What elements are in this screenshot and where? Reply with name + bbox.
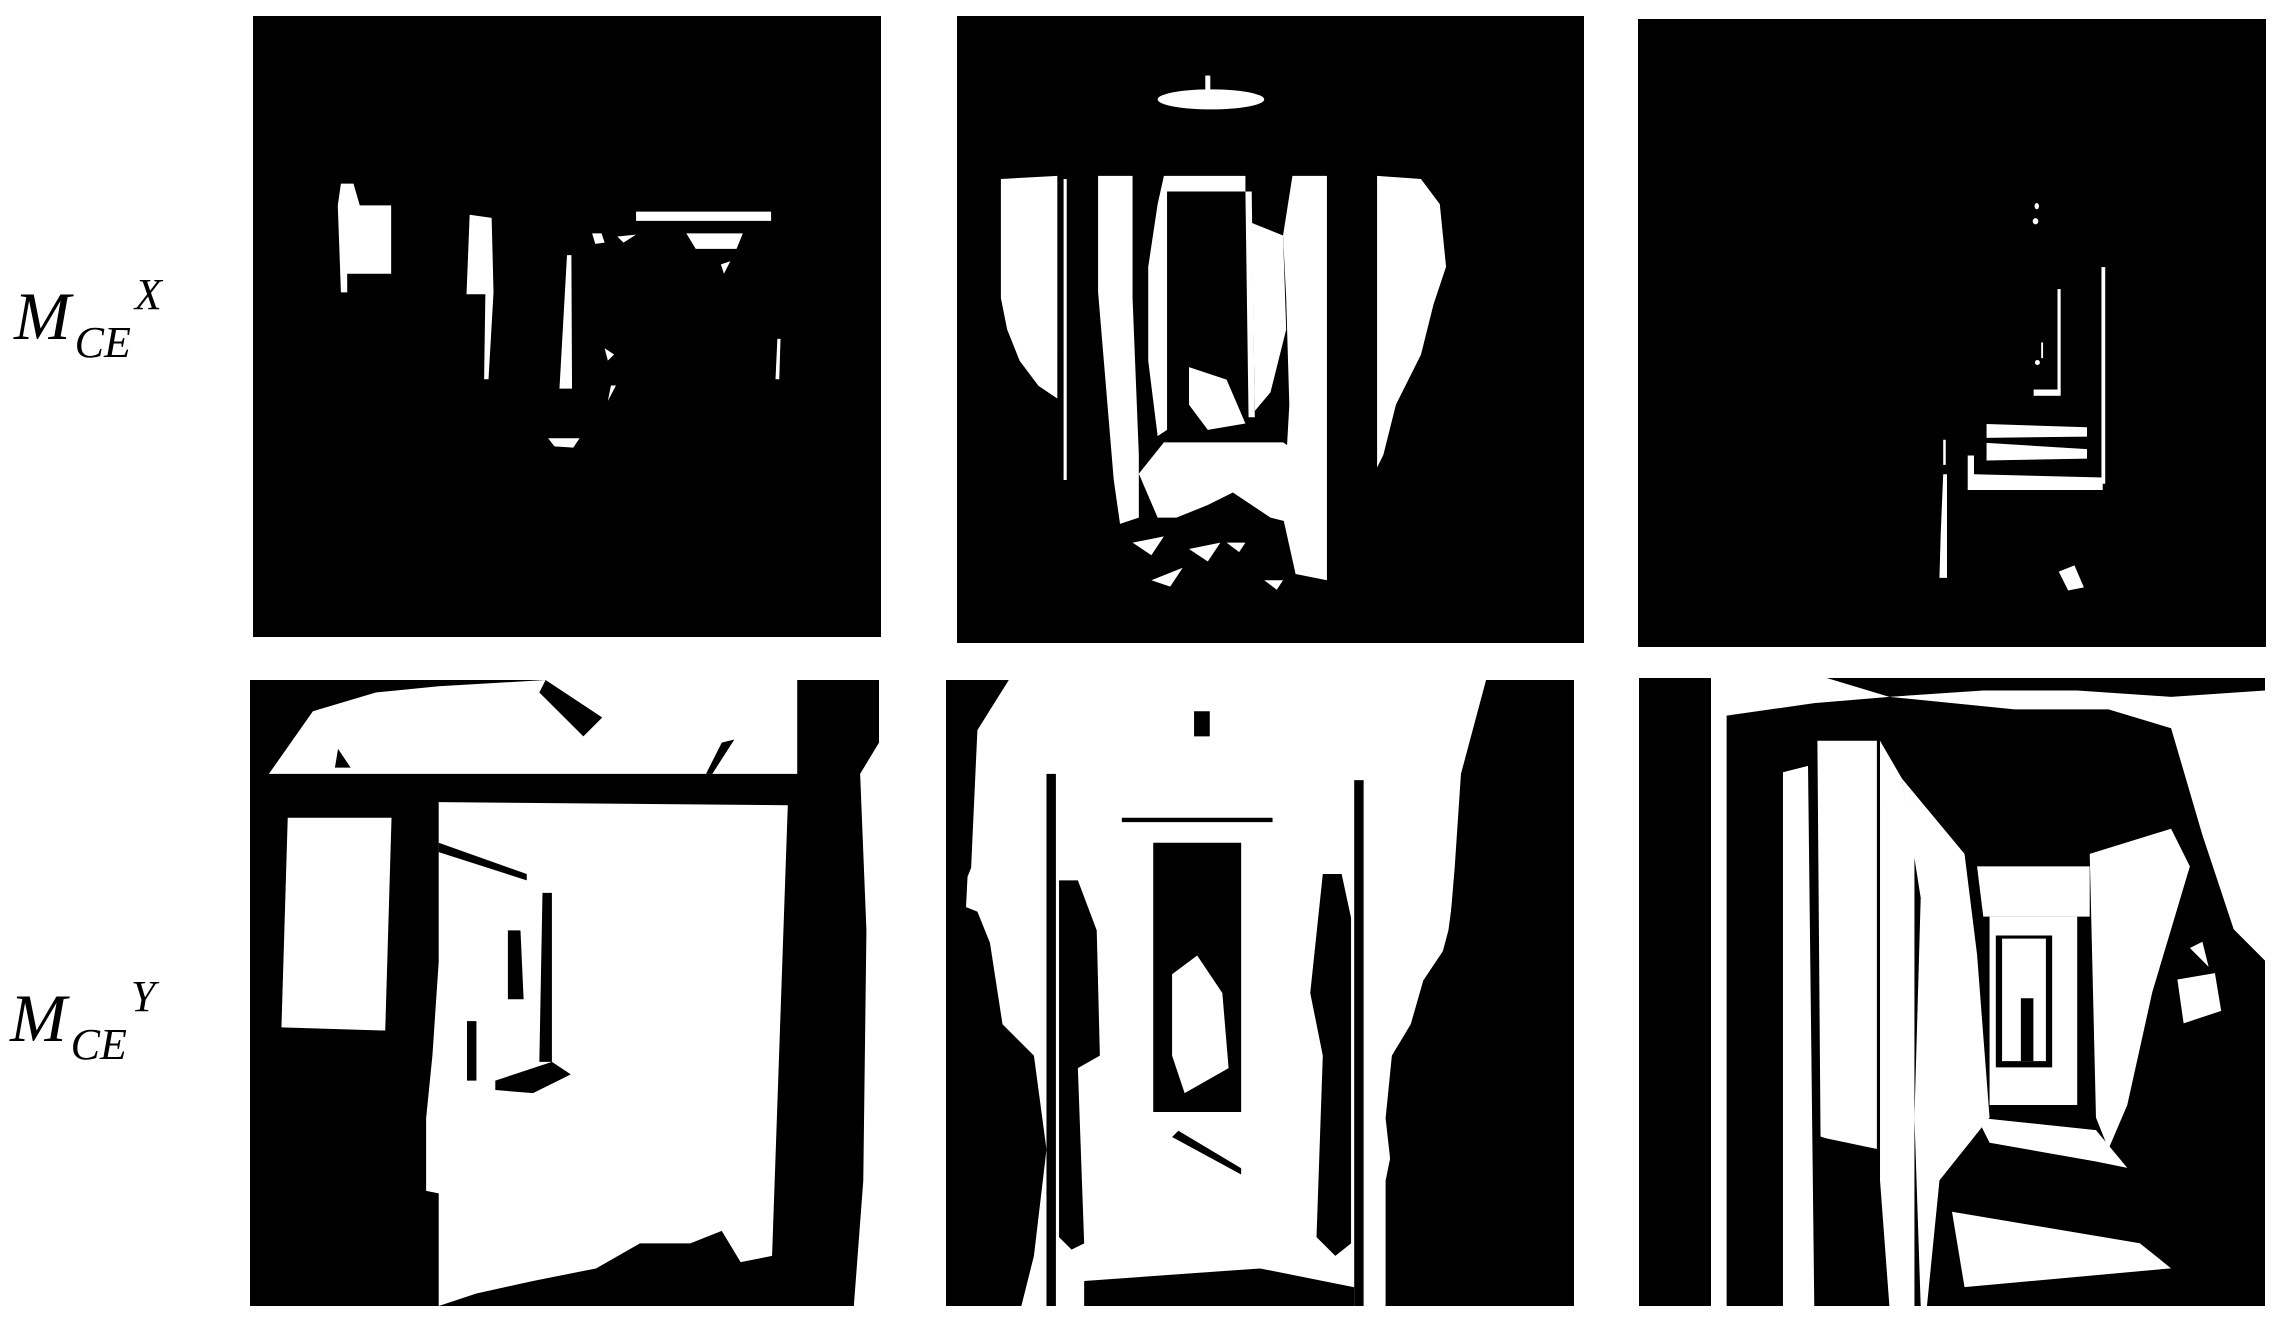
row-label-mce-y: MCEY: [10, 984, 155, 1052]
image-panel-row2-col3: [1639, 678, 2265, 1306]
binarized-image: [1638, 19, 2266, 647]
image-panel-row2-col2: [946, 680, 1574, 1306]
image-panel-row1-col3: [1638, 19, 2266, 647]
image-panel-row2-col1: [250, 680, 879, 1306]
binarized-image: [957, 16, 1584, 643]
label-subscript: CE: [71, 1020, 127, 1069]
label-subscript: CE: [75, 318, 131, 367]
binarized-image: [253, 16, 881, 637]
binarized-image: [250, 680, 879, 1306]
label-superscript: X: [135, 270, 162, 319]
label-main: M: [14, 278, 71, 354]
row-label-mce-x: MCEX: [14, 282, 162, 350]
binarized-image: [946, 680, 1574, 1306]
binarized-image: [1639, 678, 2265, 1306]
image-panel-row1-col1: [253, 16, 881, 637]
image-panel-row1-col2: [957, 16, 1584, 643]
label-main: M: [10, 980, 67, 1056]
label-superscript: Y: [131, 972, 155, 1021]
